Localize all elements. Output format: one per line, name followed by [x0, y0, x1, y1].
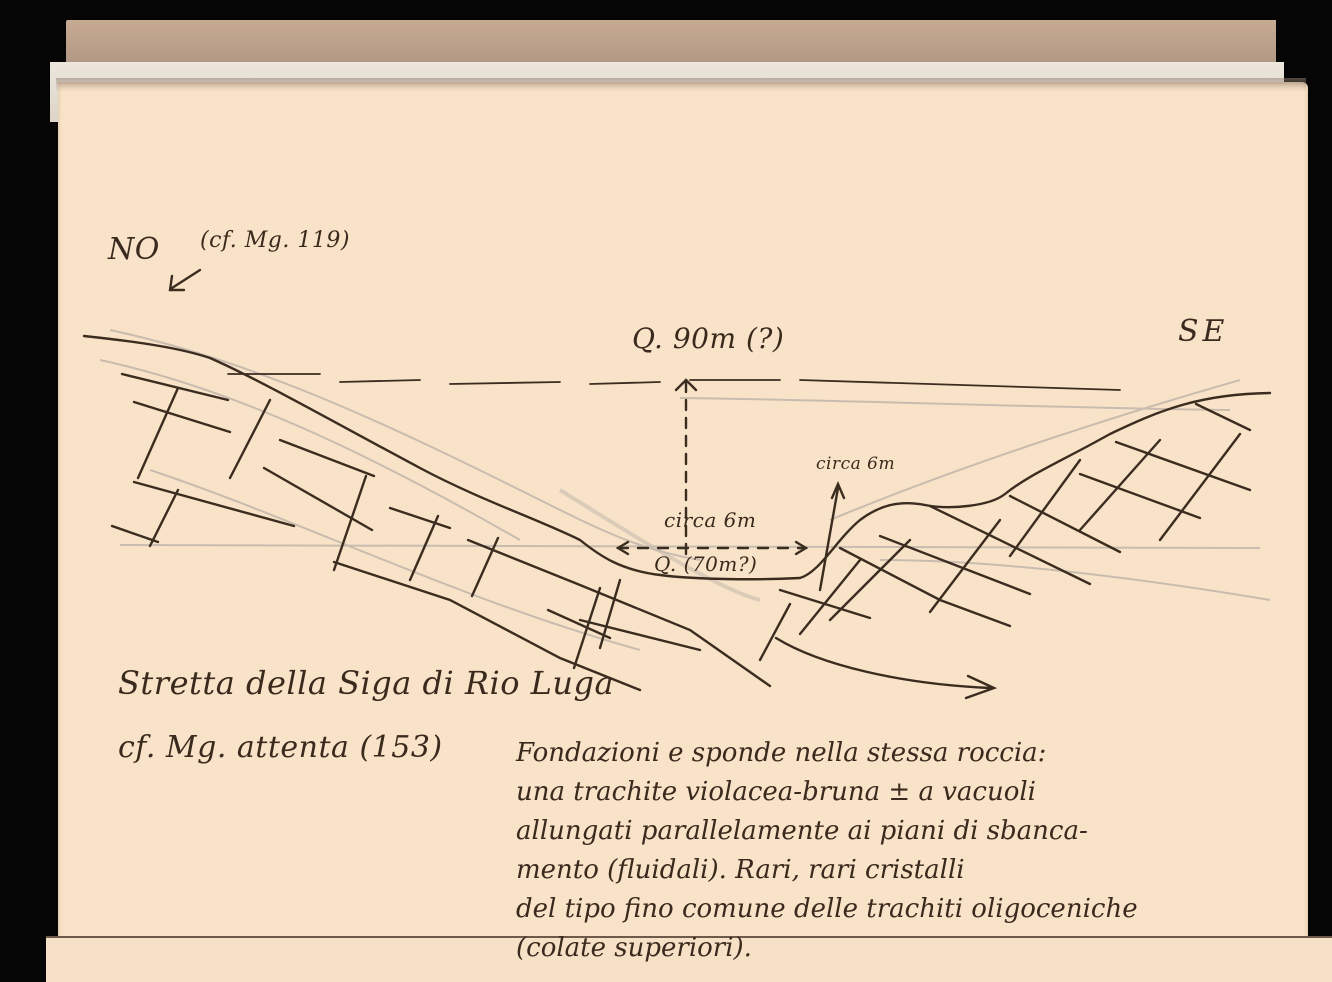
note-line: Fondazioni e sponde nella stessa roccia:: [516, 734, 1286, 773]
height-arrow: [820, 488, 838, 590]
width-dimension-label: circa 6m: [664, 508, 756, 532]
note-line: una trachite violacea-bruna ± a vacuoli: [516, 773, 1286, 812]
height-dimension-label: circa 6m: [816, 454, 895, 474]
flow-arrow: [776, 638, 990, 688]
elevation-label-bottom: Q. (70m?): [654, 552, 757, 576]
note-line: (colate superiori).: [516, 929, 1286, 968]
note-line: del tipo fino comune delle trachiti olig…: [516, 890, 1286, 929]
elevation-label-top: Q. 90m (?): [632, 322, 784, 355]
direction-arrow-NO: [172, 270, 200, 288]
orientation-label-no: NO: [108, 232, 160, 267]
note-line: mento (fluidali). Rari, rari cristalli: [516, 851, 1286, 890]
orientation-label-se: SE: [1178, 314, 1228, 349]
bedding-left: [112, 374, 770, 690]
water-level-dashed: [228, 374, 1120, 390]
caption-reference: cf. Mg. attenta (153): [118, 730, 443, 765]
joints-left: [138, 388, 620, 668]
caption-title: Stretta della Siga di Rio Luga: [118, 664, 614, 702]
field-notes: Fondazioni e sponde nella stessa roccia:…: [516, 734, 1286, 968]
note-line: allungati parallelamente ai piani di sba…: [516, 812, 1286, 851]
reference-label-top: (cf. Mg. 119): [200, 228, 350, 253]
